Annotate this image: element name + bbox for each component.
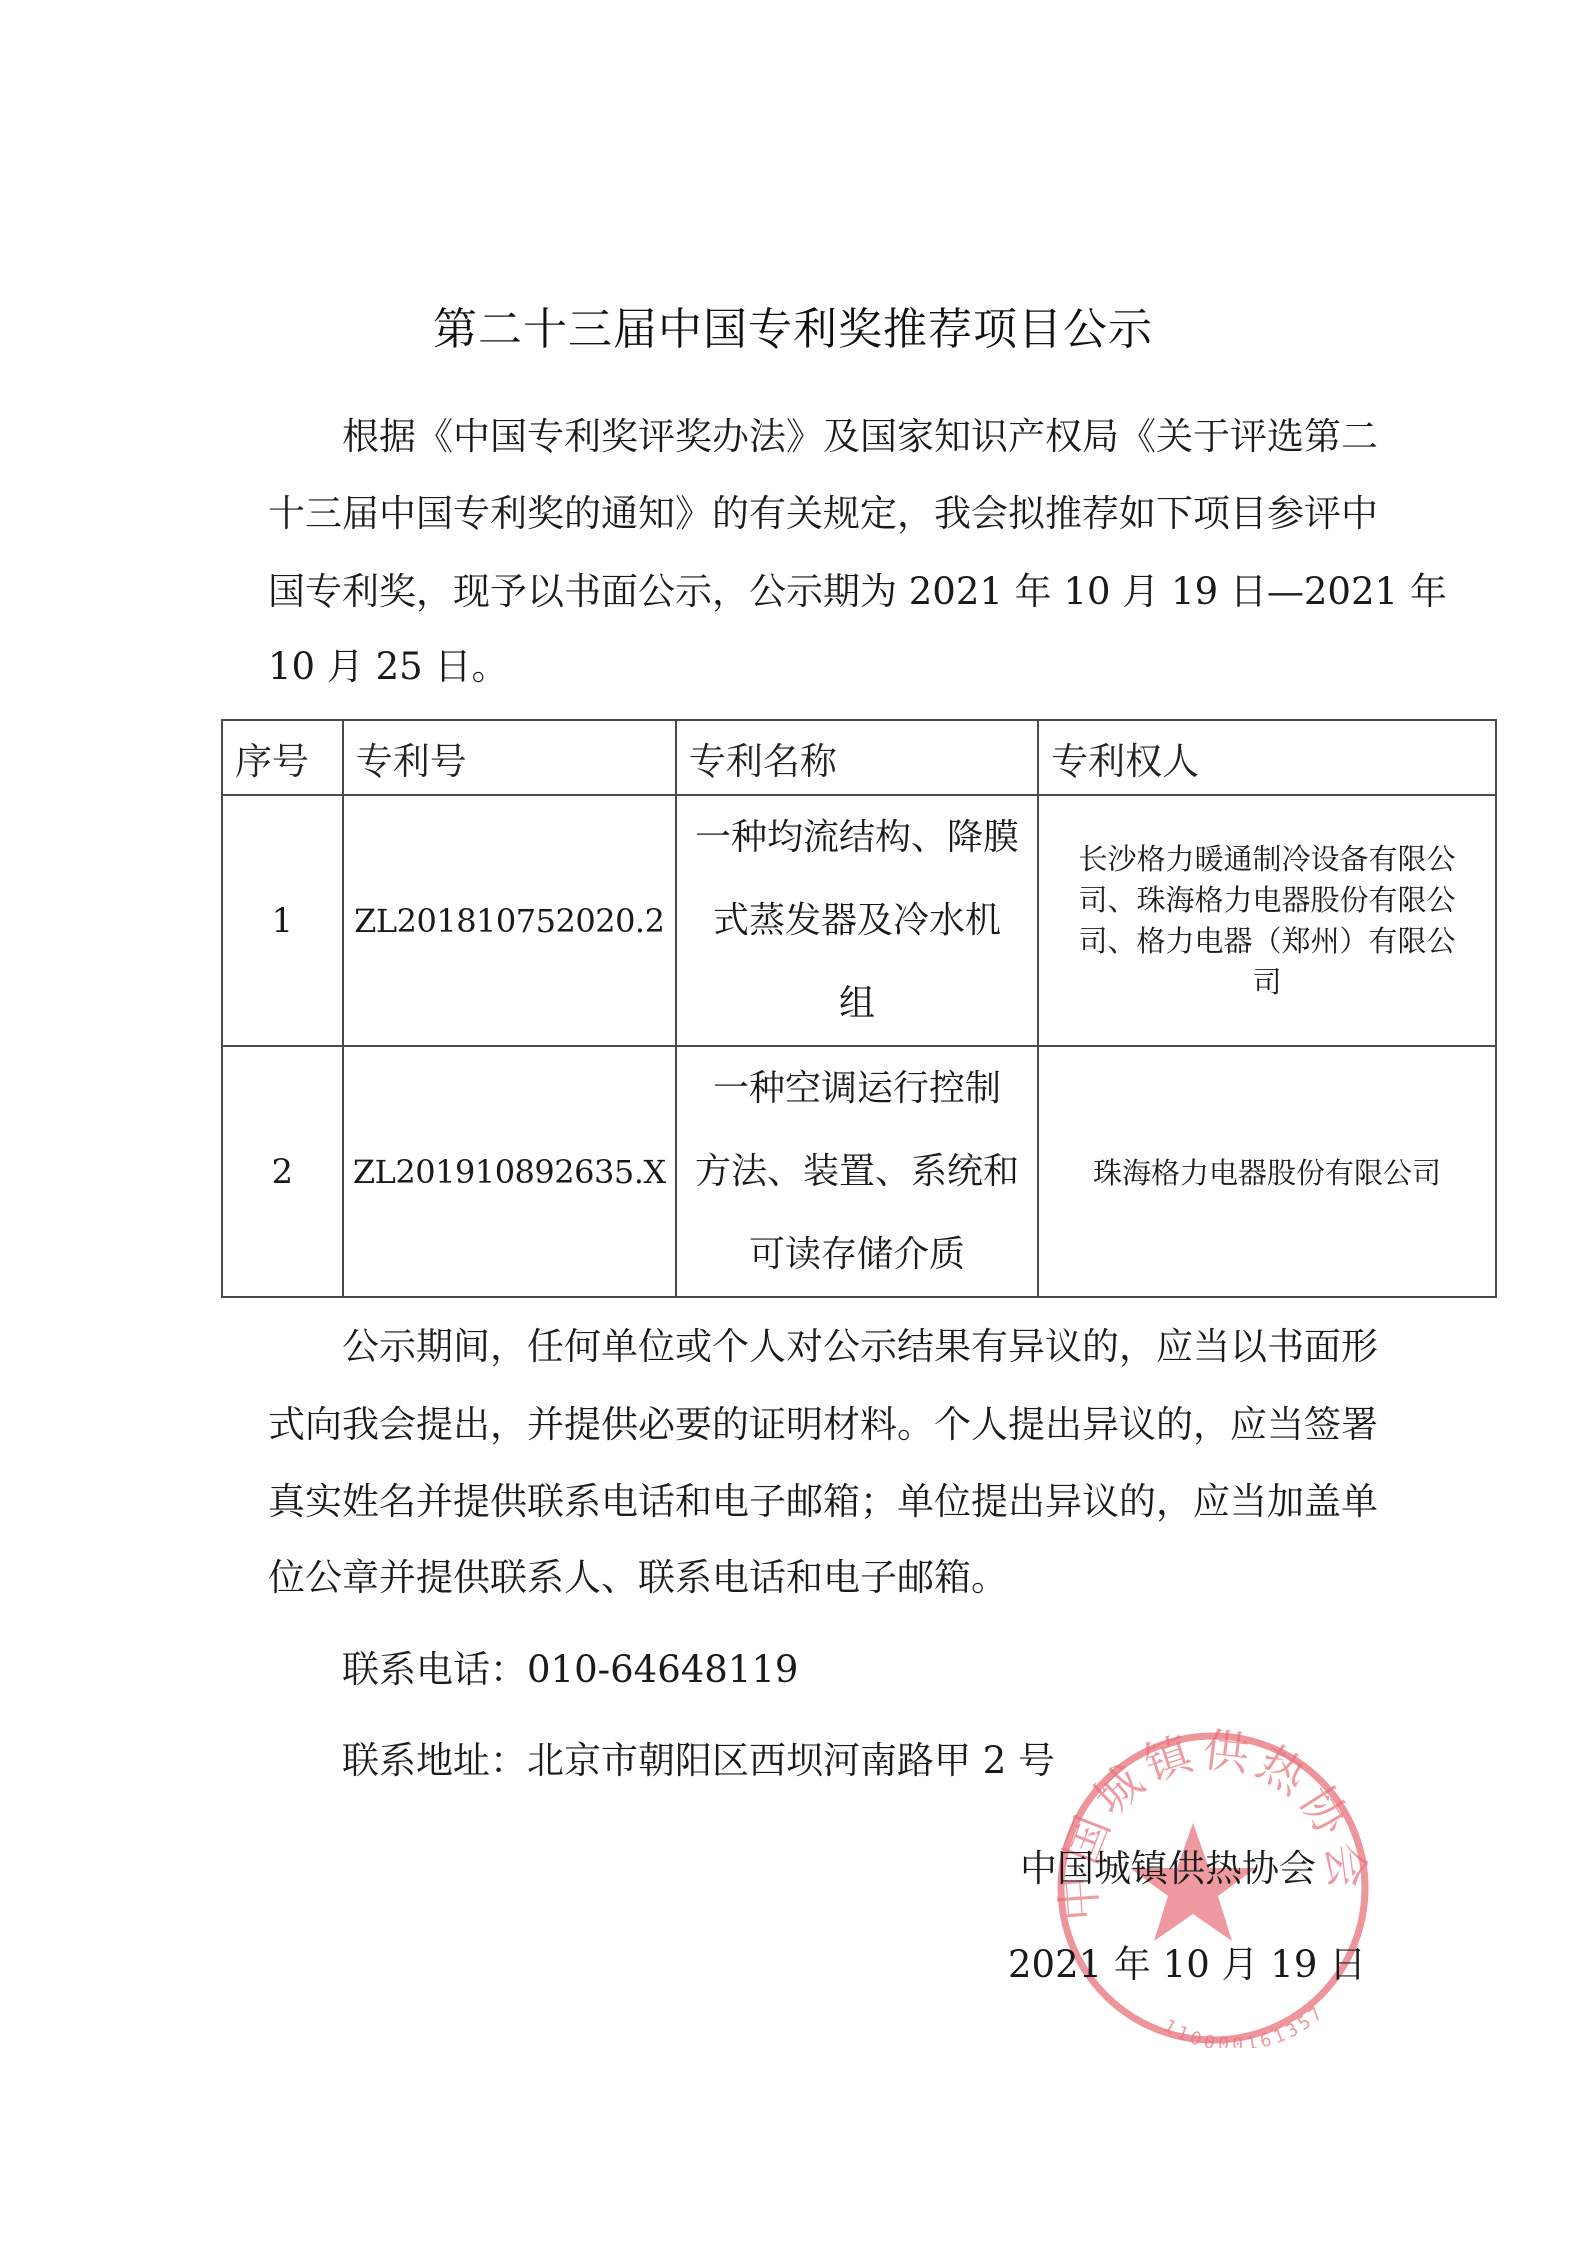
address-value: 北京市朝阳区西坝河南路甲 2 号 [527,1739,1055,1782]
patent-name-line: 一种均流结构、降膜 [677,796,1037,879]
objection-line: 式向我会提出，并提供必要的证明材料。个人提出异议的，应当签署 [268,1402,1370,1448]
patent-name-line: 可读存储介质 [677,1213,1037,1296]
row-patent-owner: 长沙格力暖通制冷设备有限公 司、珠海格力电器股份有限公 司、格力电器（郑州）有限… [1038,795,1496,1046]
patent-name-line: 组 [677,962,1037,1045]
owner-line: 司、珠海格力电器股份有限公 [1049,880,1485,921]
header-index: 序号 [222,720,343,795]
intro-line: 10 月 25 日。 [268,644,508,690]
row-patent-name: 一种空调运行控制 方法、装置、系统和 可读存储介质 [676,1046,1038,1297]
contact-phone: 联系电话：010-64648119 [342,1647,798,1693]
patent-table: 序号 专利号 专利名称 专利权人 1 ZL201810752020.2 一种均流… [221,719,1497,1298]
phone-label: 联系电话： [342,1648,527,1691]
row-patent-owner: 珠海格力电器股份有限公司 [1038,1046,1496,1297]
contact-address: 联系地址：北京市朝阳区西坝河南路甲 2 号 [342,1738,1055,1784]
owner-line: 司 [1049,962,1485,1003]
objection-line: 公示期间，任何单位或个人对公示结果有异议的，应当以书面形 [342,1324,1370,1370]
table-header-row: 序号 专利号 专利名称 专利权人 [222,720,1496,795]
phone-value: 010-64648119 [527,1648,798,1691]
intro-line: 国专利奖，现予以书面公示，公示期为 2021 年 10 月 19 日—2021 … [268,569,1370,615]
patent-name-line: 一种空调运行控制 [677,1047,1037,1130]
patent-name-line: 式蒸发器及冷水机 [677,879,1037,962]
owner-line: 司、格力电器（郑州）有限公 [1049,921,1485,962]
intro-line: 十三届中国专利奖的通知》的有关规定，我会拟推荐如下项目参评中 [268,491,1370,537]
organization-name: 中国城镇供热协会 [1020,1838,1316,1892]
page-title: 第二十三届中国专利奖推荐项目公示 [0,300,1586,360]
table-row: 2 ZL201910892635.X 一种空调运行控制 方法、装置、系统和 可读… [222,1046,1496,1297]
row-index: 2 [222,1046,343,1297]
header-patent-name: 专利名称 [676,720,1038,795]
header-patent-owner: 专利权人 [1038,720,1496,795]
address-label: 联系地址： [342,1739,527,1782]
objection-line: 位公章并提供联系人、联系电话和电子邮箱。 [268,1555,1008,1601]
row-index: 1 [222,795,343,1046]
intro-line: 根据《中国专利奖评奖办法》及国家知识产权局《关于评选第二 [342,414,1370,460]
table-row: 1 ZL201810752020.2 一种均流结构、降膜 式蒸发器及冷水机 组 … [222,795,1496,1046]
header-patent-no: 专利号 [343,720,676,795]
owner-line: 长沙格力暖通制冷设备有限公 [1049,839,1485,880]
row-patent-name: 一种均流结构、降膜 式蒸发器及冷水机 组 [676,795,1038,1046]
signature-date: 2021 年 10 月 19 日 [1008,1934,1366,1988]
row-patent-no: ZL201810752020.2 [343,795,676,1046]
patent-name-line: 方法、装置、系统和 [677,1130,1037,1213]
objection-line: 真实姓名并提供联系电话和电子邮箱；单位提出异议的，应当加盖单 [268,1479,1370,1525]
row-patent-no: ZL201910892635.X [343,1046,676,1297]
